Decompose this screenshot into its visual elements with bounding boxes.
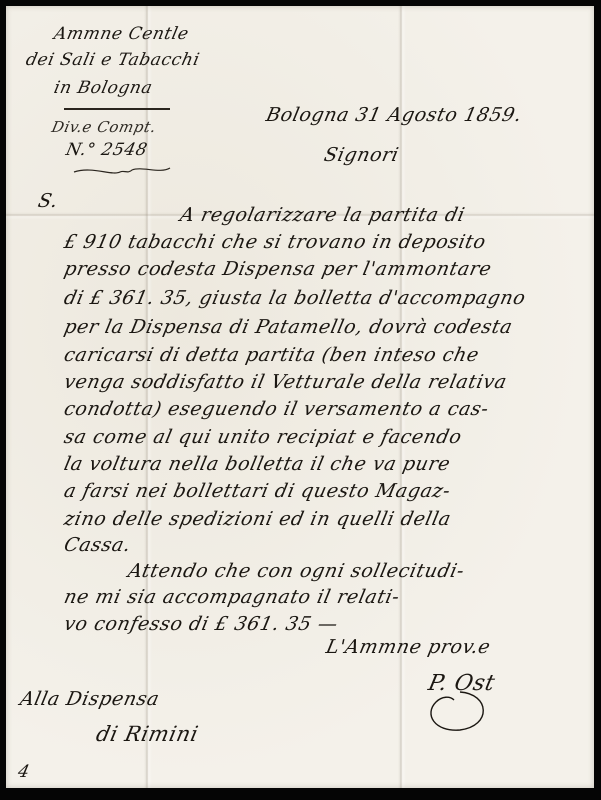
closing-line-2: ne mi sia accompagnato il relati- (62, 586, 402, 608)
body-line-10: la voltura nella bolletta il che va pure (62, 453, 453, 475)
body-line-9: sa come al qui unito recipiat e facendo (62, 426, 464, 448)
letterhead-line-1: Ammne Centle (52, 24, 191, 44)
letter-paper: Ammne Centle dei Sali e Tabacchi in Bolo… (6, 6, 594, 788)
body-line-13: Cassa. (62, 534, 133, 556)
marginal-mark: S. (36, 190, 60, 212)
letterhead-underline (64, 108, 170, 110)
body-line-1: A regolarizzare la partita di (178, 204, 467, 226)
reference-division: Div.e Compt. (50, 118, 158, 136)
body-line-2: £ 910 tabacchi che si trovano in deposit… (62, 231, 488, 253)
body-line-5: per la Dispensa di Patamello, dovrà code… (62, 316, 515, 338)
body-line-11: a farsi nei bollettari di questo Magaz- (62, 480, 453, 502)
body-line-7: venga soddisfatto il Vetturale della rel… (62, 371, 509, 393)
body-line-4: di £ 361. 35, giusta la bolletta d'accom… (62, 287, 528, 309)
body-line-8: condotta) eseguendo il versamento a cas- (62, 398, 491, 420)
sign-off-title: L'Ammne prov.e (324, 636, 493, 658)
body-line-3: presso codesta Dispensa per l'ammontare (62, 258, 494, 280)
reference-number: N.° 2548 (64, 140, 149, 160)
flourish-icon (72, 164, 172, 178)
document-frame: Ammne Centle dei Sali e Tabacchi in Bolo… (0, 0, 601, 800)
letterhead-line-3: in Bologna (52, 78, 154, 98)
closing-line-1: Attendo che con ogni sollecitudi- (126, 560, 467, 582)
corner-mark: 4 (16, 762, 32, 782)
signature-flourish-icon (420, 674, 500, 734)
body-line-6: caricarsi di detta partita (ben inteso c… (62, 344, 481, 366)
dateline: Bologna 31 Agosto 1859. (264, 104, 524, 126)
closing-line-3: vo confesso di £ 361. 35 — (62, 613, 340, 635)
salutation: Signori (322, 144, 401, 166)
addressee-line-2: di Rimini (94, 722, 201, 746)
letterhead-line-2: dei Sali e Tabacchi (24, 50, 202, 70)
addressee-line-1: Alla Dispensa (18, 688, 162, 710)
body-line-12: zino delle spedizioni ed in quelli della (62, 508, 453, 530)
